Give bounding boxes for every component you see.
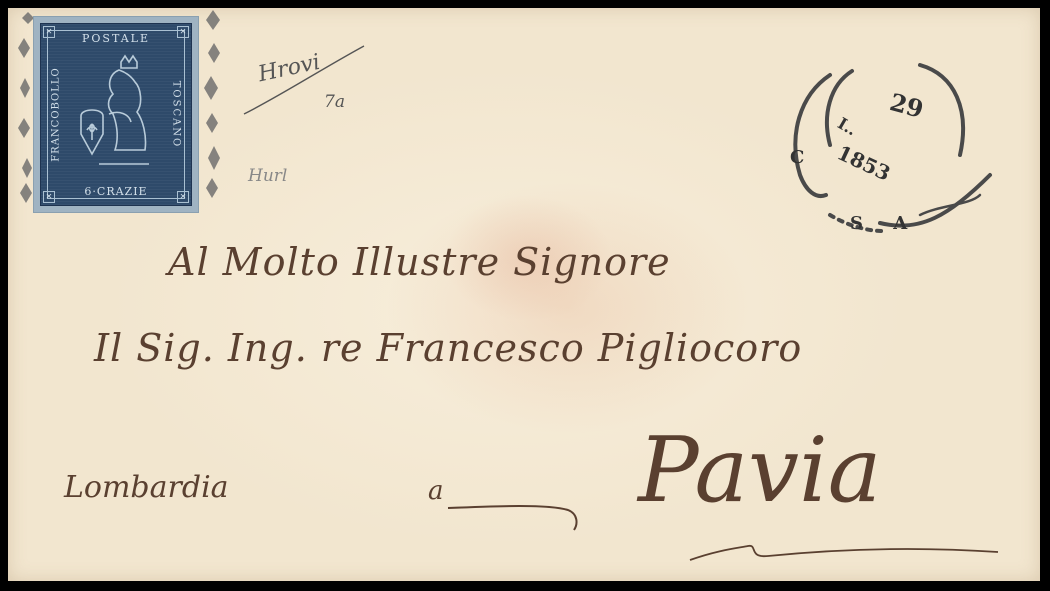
postmark: 29 I.. 1853 C S A <box>770 55 1010 255</box>
lion-with-shield-icon <box>69 54 169 174</box>
pencil-mark: Hurl <box>248 166 287 186</box>
address-line-1: Al Molto Illustre Signore <box>168 240 671 284</box>
stamp-corner-icon: ✕ <box>177 26 189 38</box>
postmark-left-letter: C <box>790 147 804 168</box>
stamp-corner-icon: ✕ <box>43 26 55 38</box>
stamp-corner-icon: ✕ <box>43 191 55 203</box>
postage-stamp: POSTALE 6·CRAZIE FRANCOBOLLO TOSCANO ✕ ✕… <box>34 17 198 212</box>
stamp-right-text: TOSCANO <box>171 45 182 185</box>
address-line-2: Il Sig. Ing. re Francesco Pigliocoro <box>94 326 802 370</box>
address-region: Lombardia <box>64 470 229 505</box>
stamp-corner-icon: ✕ <box>177 191 189 203</box>
stamp-left-text: FRANCOBOLLO <box>51 45 62 185</box>
stamp-body: POSTALE 6·CRAZIE FRANCOBOLLO TOSCANO ✕ ✕… <box>40 23 192 206</box>
pencil-underline <box>240 40 370 120</box>
destination-city: Pavia <box>638 418 881 523</box>
postmark-bottom-letters: S A <box>850 213 919 234</box>
connector-flourish <box>438 496 588 536</box>
destination-underline <box>688 538 1008 568</box>
envelope: POSTALE 6·CRAZIE FRANCOBOLLO TOSCANO ✕ ✕… <box>8 8 1040 581</box>
stamp-bottom-text: 6·CRAZIE <box>41 185 191 198</box>
catalog-reference: 7a <box>324 92 345 112</box>
stamp-top-text: POSTALE <box>41 32 191 45</box>
